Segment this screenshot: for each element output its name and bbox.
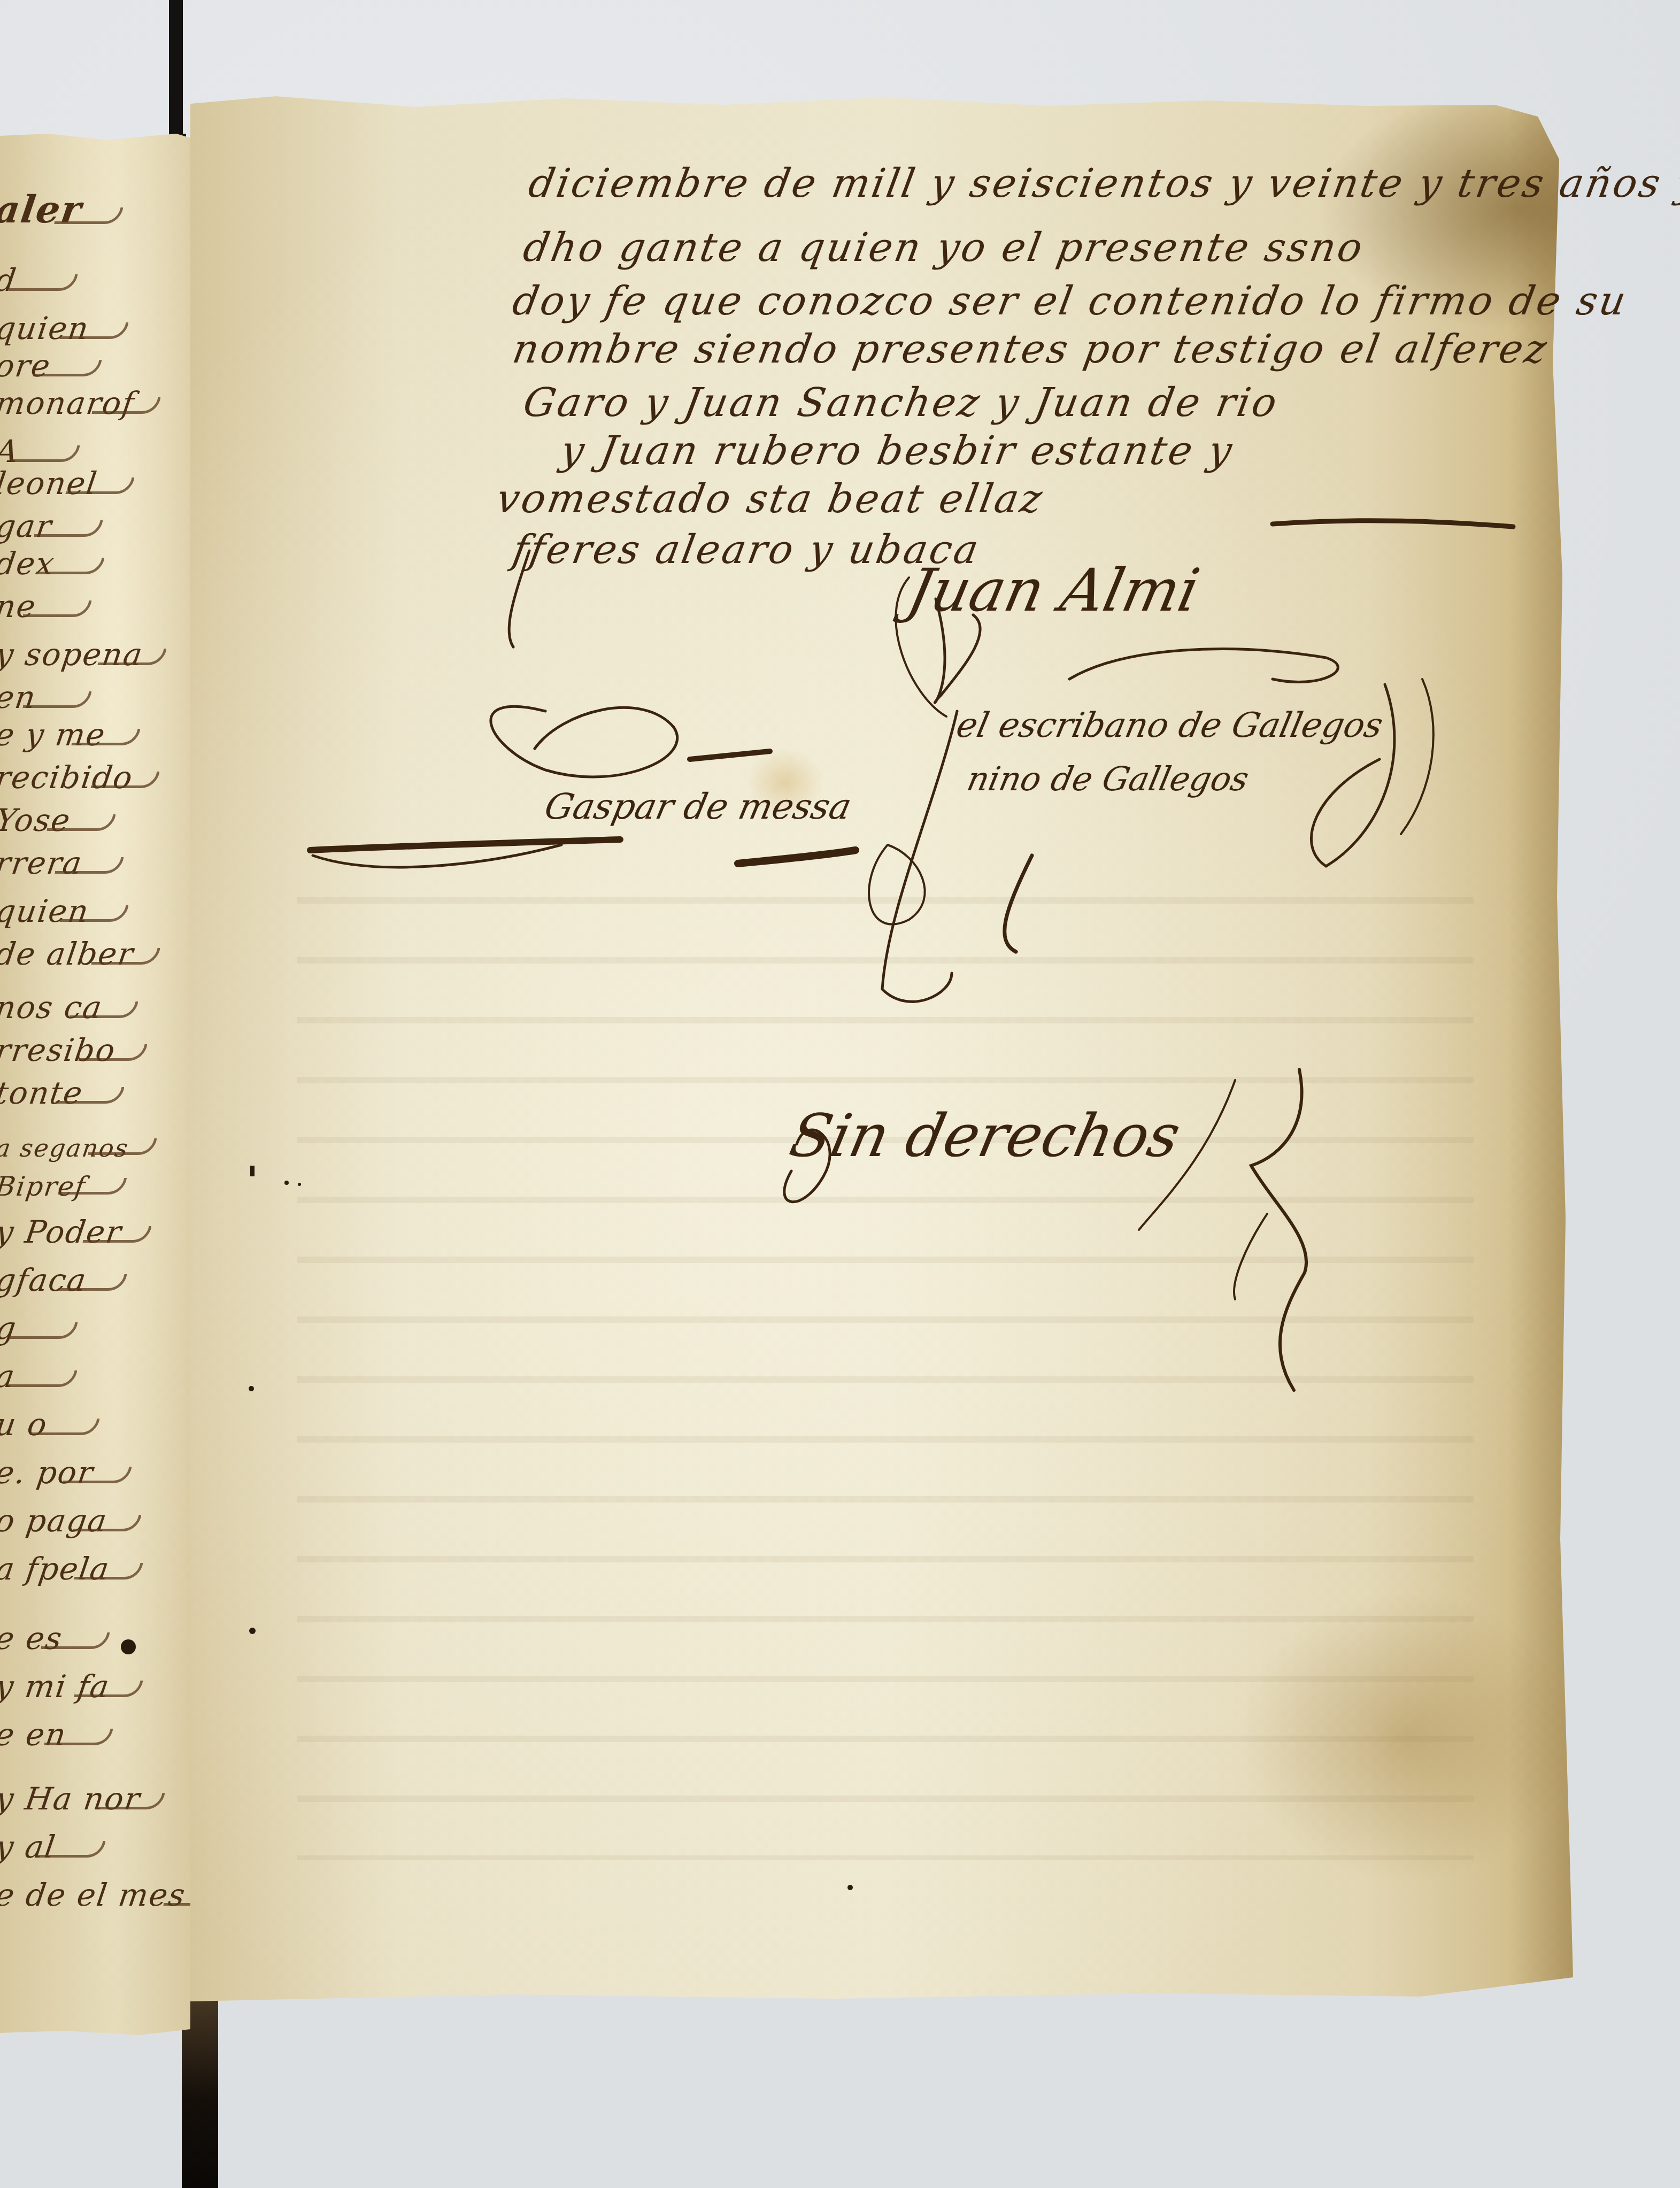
left-line: quien: [0, 893, 91, 929]
text-line-7: vomestado sta beat ellaz: [493, 476, 1047, 522]
left-line: Yose: [0, 802, 73, 838]
left-line: de alber: [0, 936, 136, 972]
left-line: a fpela: [0, 1551, 112, 1587]
binding-strip-top: [169, 0, 183, 144]
left-line: y al: [0, 1829, 58, 1865]
left-line: rresibo: [0, 1032, 118, 1068]
left-line: rrera: [0, 845, 85, 881]
left-line: en: [0, 679, 38, 715]
signature-escribano-line-1: el escribano de Gallegos: [953, 706, 1386, 745]
left-line: y Ha nor: [0, 1781, 143, 1817]
signature-escribano-line-2: nino de Gallegos: [964, 759, 1252, 798]
bleed-through-text: [297, 844, 1474, 1860]
left-line: y mi fa: [0, 1668, 112, 1705]
left-line: a: [0, 1358, 18, 1395]
left-line: e en: [0, 1716, 69, 1753]
text-line-6: y Juan rubero besbir estante y: [557, 428, 1237, 474]
left-line: ore: [0, 348, 53, 384]
left-line: A: [0, 433, 22, 469]
left-line: aler: [0, 187, 85, 232]
left-line: Bipref: [0, 1171, 88, 1202]
left-line: leonel: [0, 465, 100, 502]
signature-sinderos: Sin derechos: [784, 1101, 1186, 1170]
text-line-4: nombre siendo presentes por testigo el a…: [509, 326, 1552, 372]
signature-gaspar-de-messa: Gaspar de messa: [541, 786, 855, 827]
text-line-3: doy fe que conozco ser el contenido lo f…: [509, 278, 1631, 324]
left-line: gfaca: [0, 1262, 89, 1298]
left-line: e y me: [0, 717, 108, 753]
text-line-5: Garo y Juan Sanchez y Juan de rio: [520, 380, 1282, 426]
left-line: nos ca: [0, 989, 105, 1026]
signature-juan-almi: Juan Almi: [901, 556, 1205, 625]
left-page-text-column: aler d quien ore monarof A leonel gar de…: [0, 134, 190, 2037]
left-line: recibido: [0, 759, 136, 796]
left-line: e es: [0, 1620, 65, 1657]
left-page-fragment: aler d quien ore monarof A leonel gar de…: [0, 134, 190, 2037]
left-line: dex: [0, 545, 57, 582]
text-line-2: dho gante a quien yo el presente ssno: [520, 225, 1368, 271]
left-line: monarof: [0, 385, 137, 421]
left-line: d: [0, 262, 19, 298]
text-line-8: fferes alearo y ubaca: [509, 527, 984, 573]
left-line: y Poder: [0, 1214, 125, 1250]
left-line: g: [0, 1310, 19, 1346]
text-line-1: diciembre de mill y seiscientos y veinte…: [525, 160, 1680, 206]
left-line: gar: [0, 508, 55, 544]
left-line: a seganos: [0, 1134, 130, 1162]
left-line: e. por: [0, 1454, 96, 1491]
left-line: ne: [0, 588, 38, 625]
left-line: tonte: [0, 1075, 86, 1111]
left-line: quien: [0, 310, 91, 346]
left-line: o paga: [0, 1503, 110, 1539]
left-line: y sopena: [0, 636, 145, 673]
left-line: u o: [0, 1406, 50, 1443]
